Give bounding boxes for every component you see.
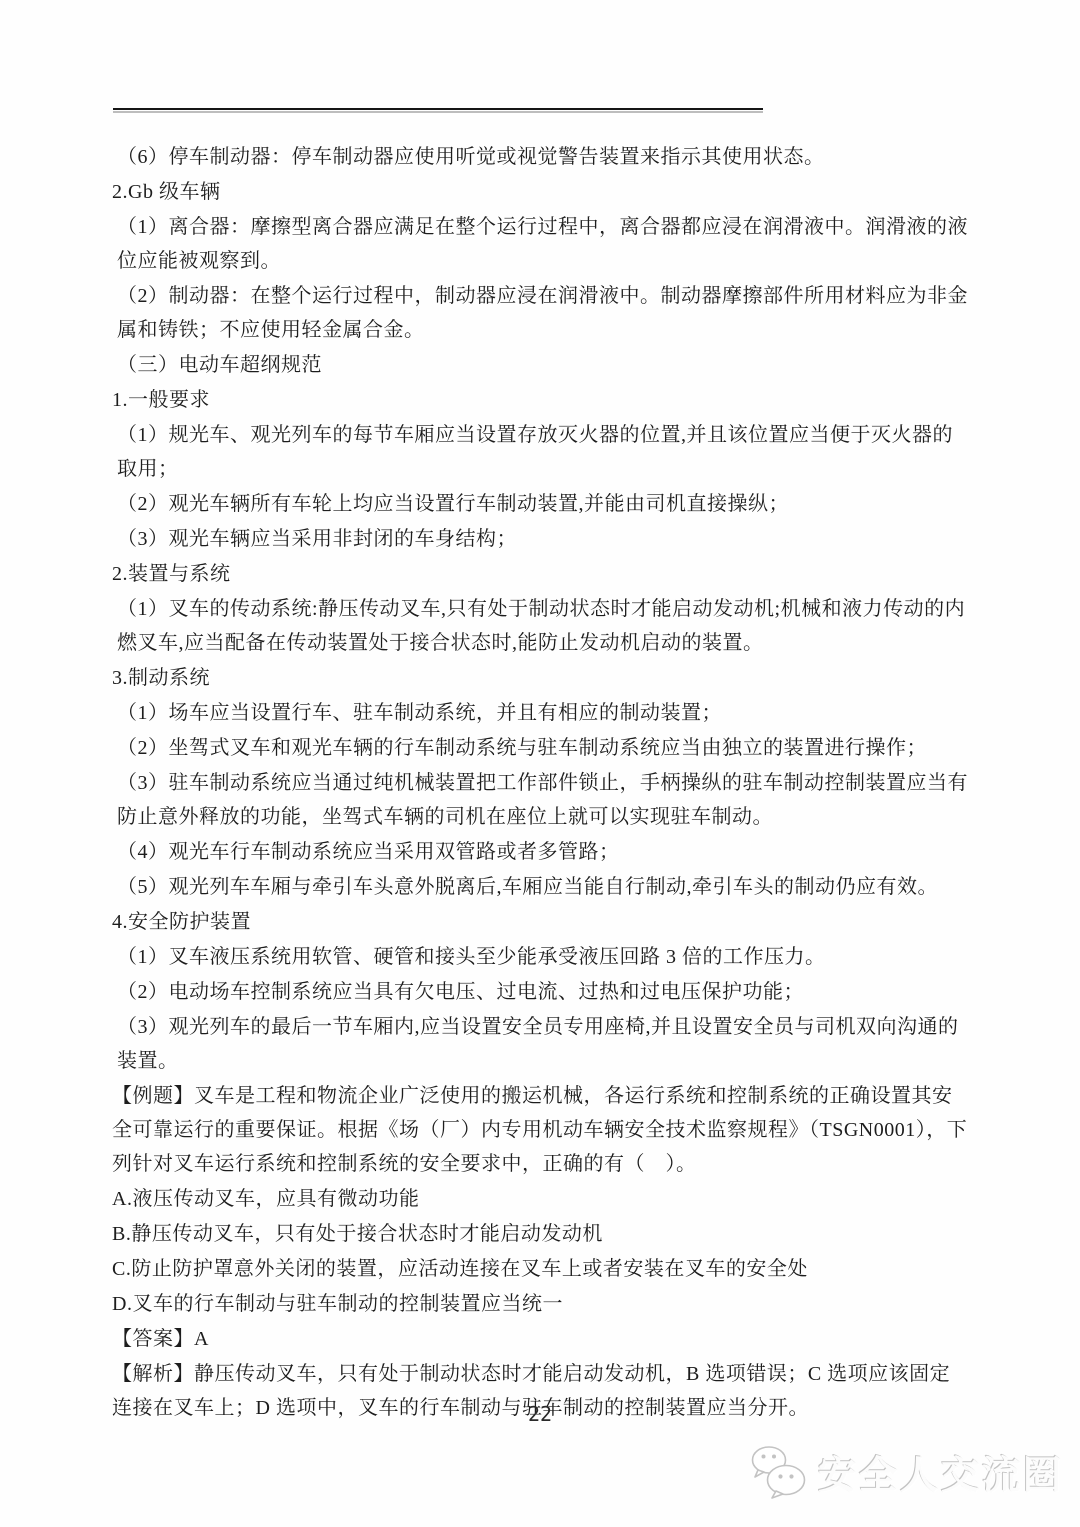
subsection-heading: 4.安全防护装置 bbox=[112, 905, 970, 939]
paragraph: （1）离合器：摩擦型离合器应满足在整个运行过程中，离合器都应浸在润滑液中。润滑液… bbox=[112, 210, 970, 278]
document-page: （6）停车制动器：停车制动器应使用听觉或视觉警告装置来指示其使用状态。 2.Gb… bbox=[0, 0, 1080, 1527]
header-rule bbox=[113, 108, 763, 110]
paragraph: （2）电动场车控制系统应当具有欠电压、过电流、过热和过电压保护功能； bbox=[112, 975, 970, 1009]
subsection-heading: 3.制动系统 bbox=[112, 661, 970, 695]
option-c: C.防止防护罩意外关闭的装置，应活动连接在叉车上或者安装在叉车的安全处 bbox=[112, 1252, 970, 1286]
paragraph: （3）观光列车的最后一节车厢内,应当设置安全员专用座椅,并且设置安全员与司机双向… bbox=[112, 1010, 970, 1078]
paragraph: （2）观光车辆所有车轮上均应当设置行车制动装置,并能由司机直接操纵； bbox=[112, 487, 970, 521]
paragraph: （2）坐驾式叉车和观光车辆的行车制动系统与驻车制动系统应当由独立的装置进行操作； bbox=[112, 731, 970, 765]
paragraph: （4）观光车行车制动系统应当采用双管路或者多管路； bbox=[112, 835, 970, 869]
answer: 【答案】A bbox=[112, 1322, 970, 1356]
paragraph: （6）停车制动器：停车制动器应使用听觉或视觉警告装置来指示其使用状态。 bbox=[112, 140, 970, 174]
paragraph: （2）制动器：在整个运行过程中，制动器应浸在润滑液中。制动器摩擦部件所用材料应为… bbox=[112, 279, 970, 347]
paragraph: （1）场车应当设置行车、驻车制动系统，并且有相应的制动装置； bbox=[112, 696, 970, 730]
document-body: （6）停车制动器：停车制动器应使用听觉或视觉警告装置来指示其使用状态。 2.Gb… bbox=[112, 140, 970, 1426]
subsection-heading: 2.装置与系统 bbox=[112, 557, 970, 591]
option-a: A.液压传动叉车，应具有微动功能 bbox=[112, 1182, 970, 1216]
option-d: D.叉车的行车制动与驻车制动的控制装置应当统一 bbox=[112, 1287, 970, 1321]
paragraph: （3）观光车辆应当采用非封闭的车身结构； bbox=[112, 522, 970, 556]
paragraph: （1）叉车的传动系统:静压传动叉车,只有处于制动状态时才能启动发动机;机械和液力… bbox=[112, 592, 970, 660]
watermark: 安全人交流圈 bbox=[748, 1444, 1064, 1499]
watermark-text: 安全人交流圈 bbox=[818, 1444, 1064, 1499]
paragraph: 2.Gb 级车辆 bbox=[112, 175, 970, 209]
option-b: B.静压传动叉车，只有处于接合状态时才能启动发动机 bbox=[112, 1217, 970, 1251]
subsection-heading: 1.一般要求 bbox=[112, 383, 970, 417]
section-heading: （三）电动车超纲规范 bbox=[112, 348, 970, 382]
paragraph: （1）规光车、观光列车的每节车厢应当设置存放灭火器的位置,并且该位置应当便于灭火… bbox=[112, 418, 970, 486]
paragraph: （5）观光列车车厢与牵引车头意外脱离后,车厢应当能自行制动,牵引车头的制动仍应有… bbox=[112, 870, 970, 904]
example-question: 【例题】叉车是工程和物流企业广泛使用的搬运机械，各运行系统和控制系统的正确设置其… bbox=[112, 1079, 970, 1181]
wechat-chat-bubbles-icon bbox=[748, 1445, 810, 1499]
paragraph: （3）驻车制动系统应当通过纯机械装置把工作部件锁止，手柄操纵的驻车制动控制装置应… bbox=[112, 766, 970, 834]
page-number: 22 bbox=[0, 1402, 1080, 1426]
paragraph: （1）叉车液压系统用软管、硬管和接头至少能承受液压回路 3 倍的工作压力。 bbox=[112, 940, 970, 974]
